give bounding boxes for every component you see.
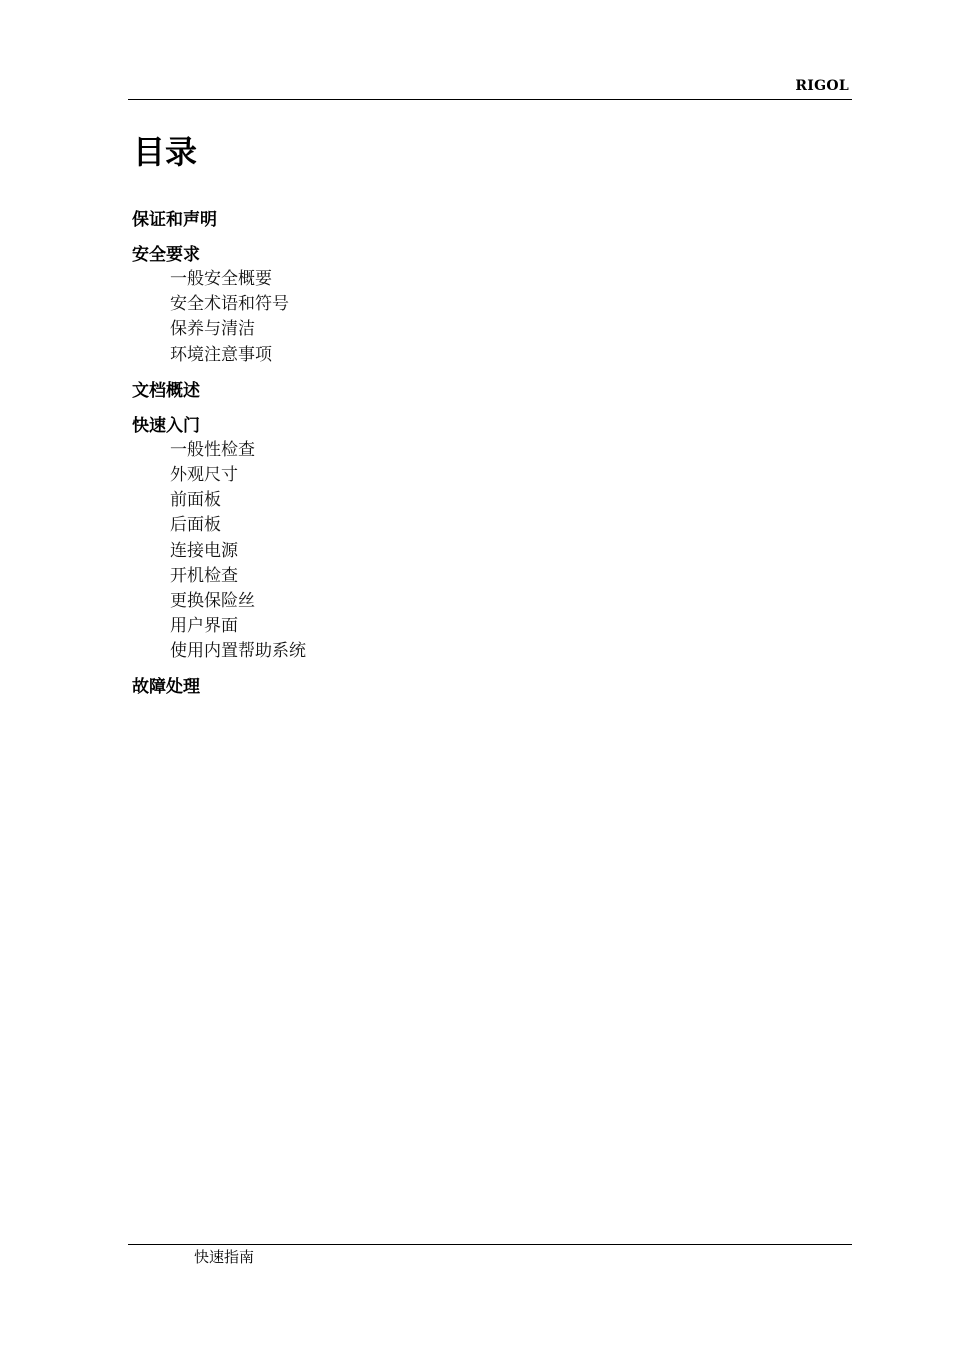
header-divider [128, 99, 852, 100]
footer-doc-title: 快速指南 [194, 1247, 254, 1267]
toc-sub-link[interactable]: 安全术语和符号 [170, 292, 306, 317]
toc-link[interactable]: 安全要求 [132, 243, 306, 267]
toc-sub-link[interactable]: 前面板 [170, 488, 306, 513]
toc-sub-link[interactable]: 使用内置帮助系统 [170, 639, 306, 664]
toc-section-safety: 安全要求 一般安全概要 安全术语和符号 保养与清洁 环境注意事项 [132, 243, 306, 368]
toc-sub-link[interactable]: 外观尺寸 [170, 463, 306, 488]
footer-divider [128, 1244, 852, 1245]
toc-sub-link[interactable]: 用户界面 [170, 614, 306, 639]
toc-section-overview: 文档概述 [132, 379, 306, 403]
toc-sub-link[interactable]: 保养与清洁 [170, 317, 306, 342]
page-title: 目录 [133, 132, 197, 172]
toc-section-troubleshooting: 故障处理 [132, 675, 306, 699]
toc-link[interactable]: 文档概述 [132, 379, 306, 403]
toc-link[interactable]: 快速入门 [132, 414, 306, 438]
toc-sub-link[interactable]: 更换保险丝 [170, 589, 306, 614]
toc-sub-link[interactable]: 一般性检查 [170, 438, 306, 463]
toc-sub-link[interactable]: 后面板 [170, 513, 306, 538]
header-brand-logo: RIGOL [795, 78, 849, 94]
toc-sub-link[interactable]: 一般安全概要 [170, 267, 306, 292]
toc-sublist: 一般安全概要 安全术语和符号 保养与清洁 环境注意事项 [132, 267, 306, 368]
toc-sub-link[interactable]: 连接电源 [170, 539, 306, 564]
toc-section-warranty: 保证和声明 [132, 208, 306, 232]
toc-sublist: 一般性检查 外观尺寸 前面板 后面板 连接电源 开机检查 更换保险丝 用户界面 … [132, 438, 306, 665]
toc-sub-link[interactable]: 环境注意事项 [170, 343, 306, 368]
toc-sub-link[interactable]: 开机检查 [170, 564, 306, 589]
toc-section-quickstart: 快速入门 一般性检查 外观尺寸 前面板 后面板 连接电源 开机检查 更换保险丝 … [132, 414, 306, 665]
toc-link[interactable]: 保证和声明 [132, 208, 306, 232]
table-of-contents: 保证和声明 安全要求 一般安全概要 安全术语和符号 保养与清洁 环境注意事项 文… [132, 208, 306, 710]
toc-link[interactable]: 故障处理 [132, 675, 306, 699]
